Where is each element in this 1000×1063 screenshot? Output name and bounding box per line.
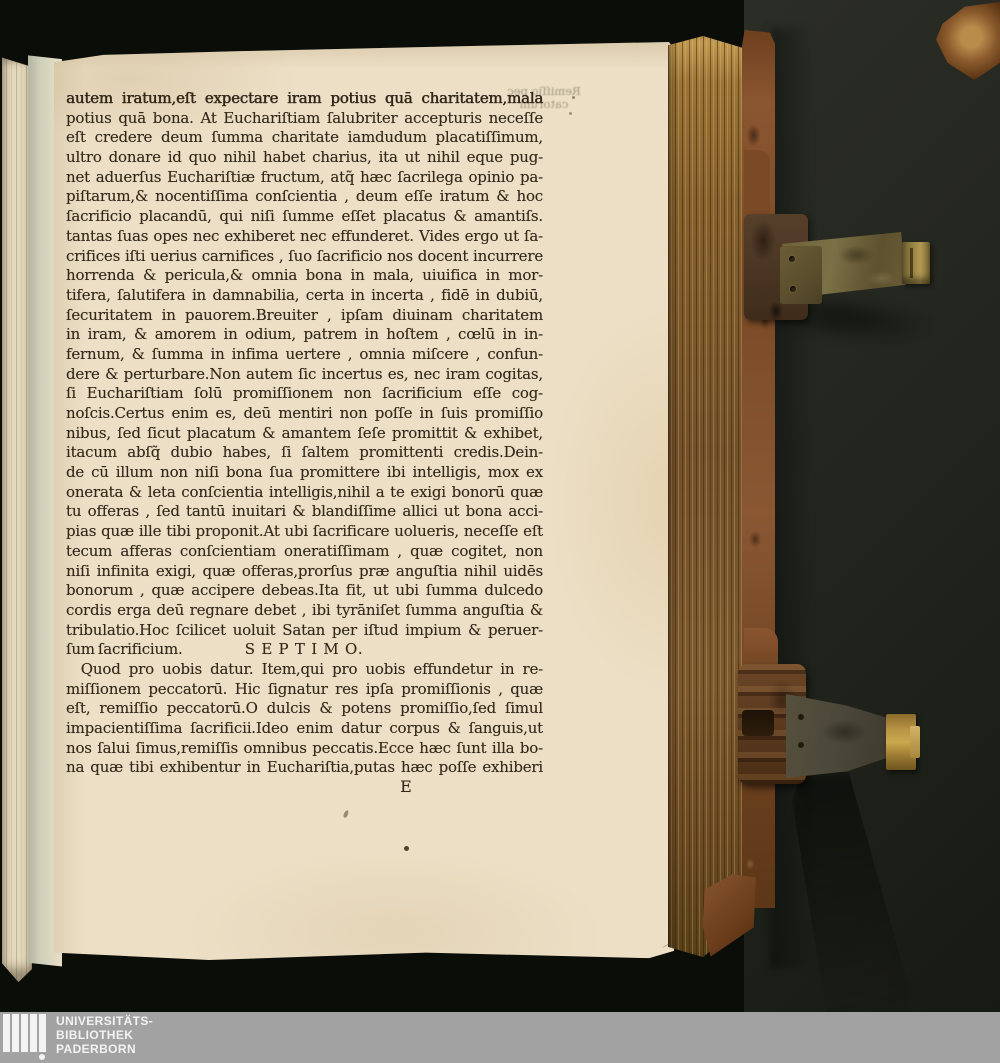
logo-bar-icon xyxy=(30,1014,37,1052)
text-line: autem iratum,eſt expectare iram potius q… xyxy=(66,89,543,109)
text-line: net aduerſus Euchariſtiæ fructum, atq̃ h… xyxy=(66,168,543,188)
text-line: miſſionem peccatorū. Hic ſignatur res ip… xyxy=(66,680,543,700)
text-line: pias quæ ille tibi proponit.At ubi ſacri… xyxy=(66,522,543,542)
text-line: itacum abſq̃ dubio habes, ſi ſaltem prom… xyxy=(66,443,543,463)
text-line: ultro donare id quo nihil habet charius,… xyxy=(66,148,543,168)
ink-speck xyxy=(572,96,575,99)
upper-clasp-catch xyxy=(902,242,930,284)
text-line: in iram, & amorem in odium, patrem in ho… xyxy=(66,325,543,345)
logo-bar-icon xyxy=(3,1014,10,1052)
facing-page-stack-edge xyxy=(2,52,32,982)
text-line: nibus, ſed ſicut placatum & amantem ſeſe… xyxy=(66,424,543,444)
book-scan-photo: Remiſſio pec catorum autem iratum,eſt ex… xyxy=(0,0,1000,1063)
text-line: de cū illum non niſi bona ſua promittere… xyxy=(66,463,543,483)
signature-mark: E xyxy=(392,777,420,796)
text-line: potius quā bona. At Euchariſtiam ſalubri… xyxy=(66,109,543,129)
text-line: piſtarum,& nocentiſſima conſcientia , de… xyxy=(66,187,543,207)
text-line: horrenda & pericula,& omnia bona in mala… xyxy=(66,266,543,286)
text-line: Quod pro uobis datur. Item,qui pro uobis… xyxy=(66,660,543,680)
upper-clasp-plate xyxy=(780,246,822,304)
logo-bar-icon xyxy=(21,1014,28,1052)
heading-left-text: ſum ſacrificium. xyxy=(66,640,183,660)
library-name-line: BIBLIOTHEK xyxy=(56,1029,153,1043)
text-line: tifera, ſalutifera in damnabilia, certa … xyxy=(66,286,543,306)
logo-bar-icon xyxy=(39,1014,46,1052)
clasp-cap-step xyxy=(910,726,920,758)
text-line: ſecuritatem in pauorem.Breuiter , ipſam … xyxy=(66,306,543,326)
text-line: onerata & leta conſcientia intelligis,ni… xyxy=(66,483,543,503)
text-line: na quæ tibi exhibentur in Euchariſtia,pu… xyxy=(66,758,543,778)
text-line: tu offeras , ſed tantū inuitari & blandi… xyxy=(66,502,543,522)
text-line: bonorum , quæ accipere debeas.Ita fit, u… xyxy=(66,581,543,601)
text-line: niſi infinita exigi, quæ offeras,prorſus… xyxy=(66,562,543,582)
logo-bar-icon xyxy=(12,1014,19,1052)
section-heading-row: ſum ſacrificium.S E P T I M O. xyxy=(66,640,543,660)
text-line: nos ſalui ſimus,remiſſis omnibus peccati… xyxy=(66,739,543,759)
library-brand-bar: UNIVERSITÄTS- BIBLIOTHEK PADERBORN xyxy=(0,1012,1000,1063)
book-fore-edge xyxy=(668,36,746,958)
text-line: tribulatio.Hoc ſcilicet uoluit Satan per… xyxy=(66,621,543,641)
text-line: eſt, remiſſio peccatorū.O dulcis & poten… xyxy=(66,699,543,719)
section-heading: S E P T I M O. xyxy=(245,640,364,658)
text-line: noſcis.Certus enim es, deū mentiri non p… xyxy=(66,404,543,424)
library-name: UNIVERSITÄTS- BIBLIOTHEK PADERBORN xyxy=(56,1015,153,1056)
text-line: tecum afferas conſcientiam oneratiſſimam… xyxy=(66,542,543,562)
text-line: ſacrificio placandū, qui niſi ſumme eſſe… xyxy=(66,207,543,227)
text-line: tantas ſuas opes nec exhiberet nec effun… xyxy=(66,227,543,247)
rivet xyxy=(790,286,796,292)
rivet xyxy=(789,256,795,262)
logo-dot-icon xyxy=(39,1054,45,1060)
text-block: autem iratum,eſt expectare iram potius q… xyxy=(66,89,543,778)
library-name-line: UNIVERSITÄTS- xyxy=(56,1015,153,1029)
rivet xyxy=(798,742,804,748)
text-line: impacientiſſima ſacrificii.Ideo enim dat… xyxy=(66,719,543,739)
library-name-line: PADERBORN xyxy=(56,1043,153,1057)
ink-speck xyxy=(569,112,572,115)
text-line: crifices iſti uerius carnifices , ſuo ſa… xyxy=(66,247,543,267)
clasp-slot xyxy=(910,248,913,278)
text-line: fernum, & ſumma in infima uertere , omni… xyxy=(66,345,543,365)
text-line: dere & perturbare.Non autem ſic incertus… xyxy=(66,365,543,385)
clasp-notch xyxy=(742,710,774,736)
ink-speck xyxy=(404,846,409,851)
text-line: ſi Euchariſtiam ſolū promiſſionem non ſa… xyxy=(66,384,543,404)
text-line: cordis erga deū regnare debet , ibi tyrā… xyxy=(66,601,543,621)
rivet xyxy=(798,714,804,720)
text-line: eſt credere deum ſumma charitate iamdudu… xyxy=(66,128,543,148)
cover-edge-bump xyxy=(744,150,770,220)
lower-clasp-brass-cap xyxy=(886,714,916,770)
